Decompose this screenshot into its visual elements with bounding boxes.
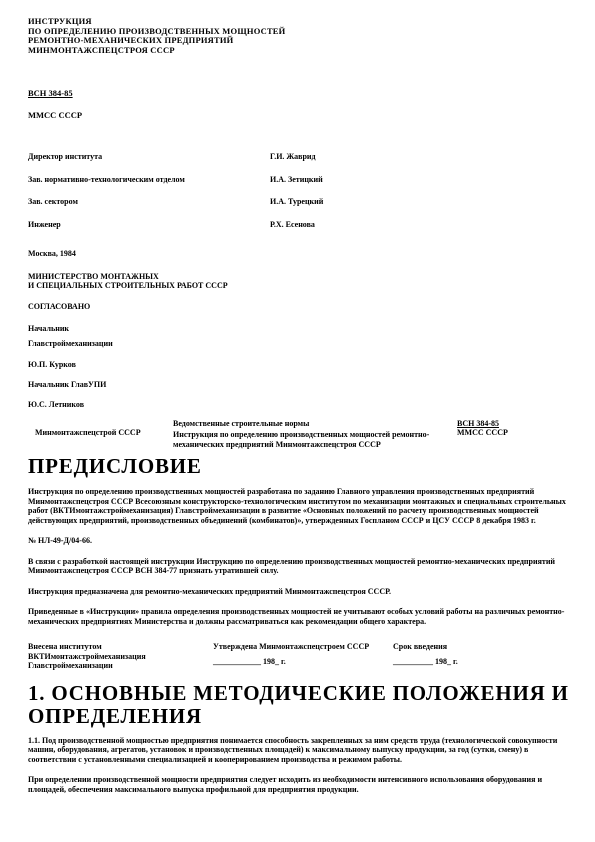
preface-paragraph: Инструкция предназначена для ремонтно-ме…	[28, 587, 575, 597]
submitted-line: Главстроймеханизации	[28, 661, 213, 671]
signatory-label: Зав. нормативно-технологическим отделом	[28, 175, 270, 185]
signatory-label: Директор института	[28, 152, 270, 162]
norm-code: ВСН 384-85	[457, 419, 552, 429]
term-date-blank: __________ 198_ г.	[393, 657, 543, 667]
agreed-entry: Ю.П. Курков	[28, 360, 575, 370]
approved-label: Утверждена Минмонтажспецстроем СССР	[213, 642, 389, 652]
approval-table: Внесена институтом ВКТИмонтажстроймехани…	[28, 642, 575, 671]
submitted-line: ВКТИмонтажстроймеханизация	[28, 652, 213, 662]
term-cell: Срок введения __________ 198_ г.	[393, 642, 543, 671]
norm-code-cell: ВСН 384-85 ММСС СССР	[457, 419, 552, 450]
signatory-name: Г.И. Жаврид	[270, 152, 316, 162]
section1-paragraph: При определении производственной мощност…	[28, 775, 575, 794]
document-page: ИНСТРУКЦИЯ ПО ОПРЕДЕЛЕНИЮ ПРОИЗВОДСТВЕНН…	[0, 0, 595, 842]
agreed-entry: Начальник ГлавУПИ	[28, 380, 575, 390]
norm-header-table: Минмонтажспецстрой СССР Ведомственные ст…	[28, 419, 575, 450]
preface-title: ПРЕДИСЛОВИЕ	[28, 455, 575, 478]
preface-paragraph: № НЛ-49-Д/04-66.	[28, 536, 575, 546]
submitted-cell: Внесена институтом ВКТИмонтажстроймехани…	[28, 642, 213, 671]
signatory-row: Директор института Г.И. Жаврид	[28, 152, 575, 162]
preface-paragraph: Инструкция по определению производственн…	[28, 487, 575, 525]
place-year: Москва, 1984	[28, 249, 575, 259]
signatory-row: Зав. нормативно-технологическим отделом …	[28, 175, 575, 185]
doc-title-line: МИНМОНТАЖСПЕЦСТРОЯ СССР	[28, 46, 575, 56]
agreed-entry: Главстроймеханизации	[28, 339, 575, 349]
approved-date-blank: ____________ 198_ г.	[213, 657, 389, 667]
norm-type-label: Ведомственные строительные нормы	[173, 419, 443, 429]
ministry-line: МИНИСТЕРСТВО МОНТАЖНЫХ	[28, 272, 575, 282]
ministry-name: МИНИСТЕРСТВО МОНТАЖНЫХ И СПЕЦИАЛЬНЫХ СТР…	[28, 272, 575, 291]
section1-paragraph: 1.1. Под производственной мощностью пред…	[28, 736, 575, 765]
agreed-label: СОГЛАСОВАНО	[28, 302, 575, 312]
doc-title-block: ИНСТРУКЦИЯ ПО ОПРЕДЕЛЕНИЮ ПРОИЗВОДСТВЕНН…	[28, 17, 575, 55]
signatory-label: Инженер	[28, 220, 270, 230]
preface-paragraph: В связи с разработкой настоящей инструкц…	[28, 557, 575, 576]
approved-cell: Утверждена Минмонтажспецстроем СССР ____…	[213, 642, 389, 671]
section1-title: 1. ОСНОВНЫЕ МЕТОДИЧЕСКИЕ ПОЛОЖЕНИЯ И ОПР…	[28, 682, 573, 728]
ministry-line: И СПЕЦИАЛЬНЫХ СТРОИТЕЛЬНЫХ РАБОТ СССР	[28, 281, 575, 291]
signatory-row: Зав. сектором И.А. Турецкий	[28, 197, 575, 207]
agreed-entry: Ю.С. Летников	[28, 400, 575, 410]
signatories-block: Директор института Г.И. Жаврид Зав. норм…	[28, 152, 575, 229]
doc-number-org: ММСС СССР	[28, 110, 575, 120]
submitted-line: Внесена институтом	[28, 642, 213, 652]
doc-number: ВСН 384-85	[28, 88, 575, 98]
norm-doc-title: Инструкция по определению производственн…	[173, 430, 443, 449]
norm-org-cell: Минмонтажспецстрой СССР	[35, 419, 173, 450]
signatory-label: Зав. сектором	[28, 197, 270, 207]
norm-title-cell: Ведомственные строительные нормы Инструк…	[173, 419, 443, 450]
signatory-row: Инженер Р.Х. Есенова	[28, 220, 575, 230]
norm-code-org: ММСС СССР	[457, 428, 552, 438]
signatory-name: И.А. Турецкий	[270, 197, 323, 207]
signatory-name: И.А. Зетицкий	[270, 175, 323, 185]
preface-paragraph: Приведенные в «Инструкции» правила опред…	[28, 607, 575, 626]
signatory-name: Р.Х. Есенова	[270, 220, 315, 230]
term-label: Срок введения	[393, 642, 543, 652]
agreed-entry: Начальник	[28, 324, 575, 334]
